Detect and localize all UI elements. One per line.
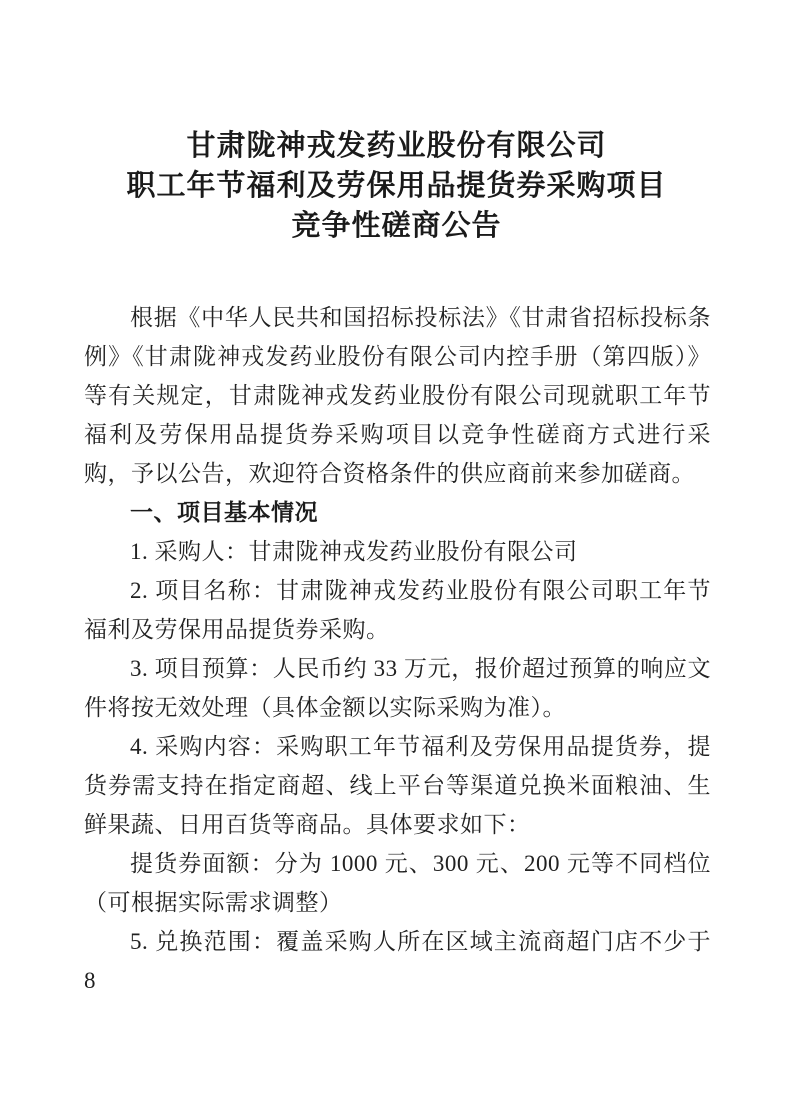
document-body: 根据《中华人民共和国招标投标法》《甘肃省招标投标条例》《甘肃陇神戎发药业股份有限…	[84, 298, 711, 1000]
item-procurement-content: 4. 采购内容：采购职工年节福利及劳保用品提货券，提货券需支持在指定商超、线上平…	[84, 727, 711, 844]
title-line-3: 竞争性磋商公告	[0, 206, 793, 246]
title-line-1: 甘肃陇神戎发药业股份有限公司	[0, 126, 793, 166]
document-title: 甘肃陇神戎发药业股份有限公司 职工年节福利及劳保用品提货券采购项目 竞争性磋商公…	[0, 0, 793, 246]
scanned-document-page: 甘肃陇神戎发药业股份有限公司 职工年节福利及劳保用品提货券采购项目 竞争性磋商公…	[0, 0, 793, 1118]
section-heading-basic-info: 一、项目基本情况	[84, 493, 711, 532]
item-purchaser: 1. 采购人：甘肃陇神戎发药业股份有限公司	[84, 532, 711, 571]
intro-paragraph: 根据《中华人民共和国招标投标法》《甘肃省招标投标条例》《甘肃陇神戎发药业股份有限…	[84, 298, 711, 493]
item-project-budget: 3. 项目预算：人民币约 33 万元，报价超过预算的响应文件将按无效处理（具体金…	[84, 649, 711, 727]
title-line-2: 职工年节福利及劳保用品提货券采购项目	[0, 166, 793, 206]
item-project-name: 2. 项目名称：甘肃陇神戎发药业股份有限公司职工年节福利及劳保用品提货券采购。	[84, 571, 711, 649]
item-voucher-denominations: 提货券面额：分为 1000 元、300 元、200 元等不同档位（可根据实际需求…	[84, 844, 711, 922]
item-redemption-scope: 5. 兑换范围：覆盖采购人所在区域主流商超门店不少于 8	[84, 922, 711, 1000]
